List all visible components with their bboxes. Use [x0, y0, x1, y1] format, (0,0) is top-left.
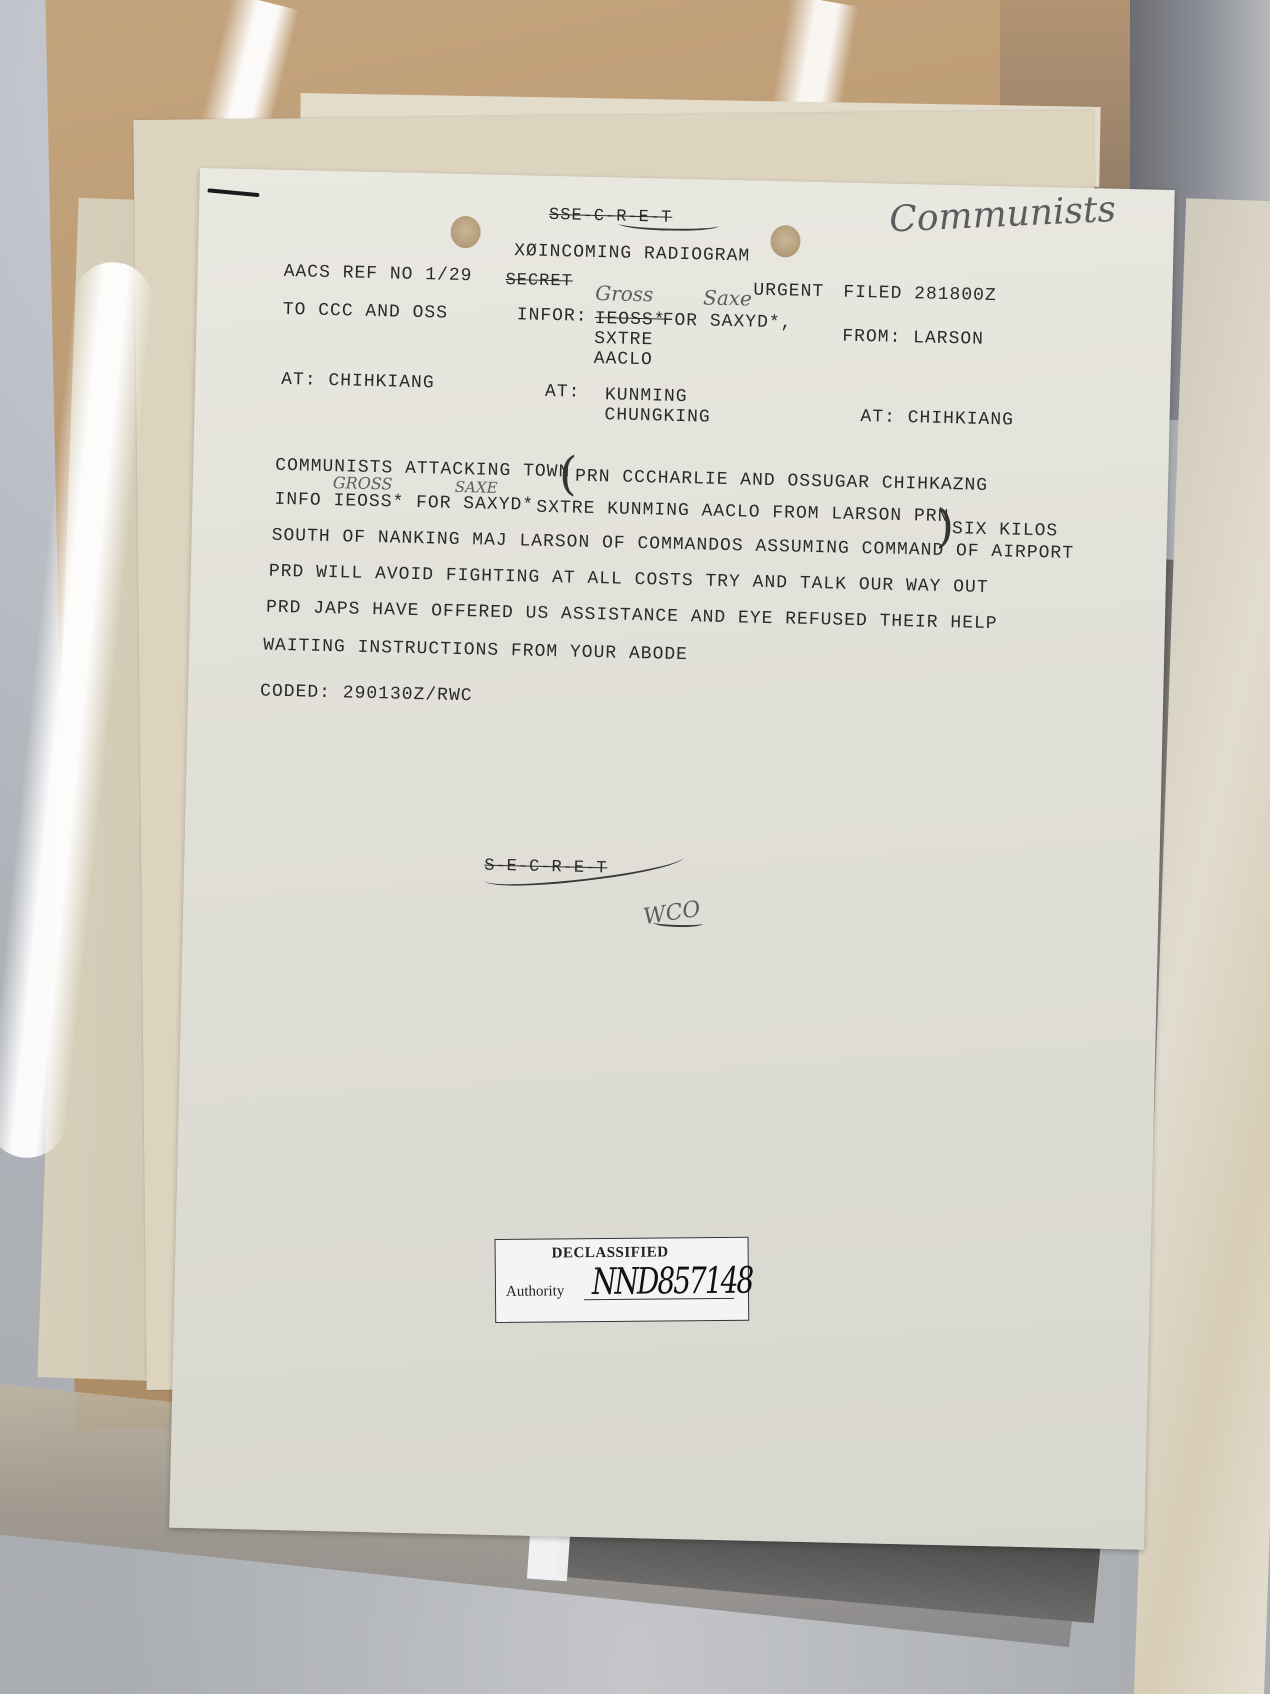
info-struck: IEOSS*	[594, 309, 665, 331]
info-label: INFOR:	[517, 305, 588, 327]
at-to-location: AT: CHIHKIANG	[281, 370, 435, 393]
handwritten-subject: Communists	[888, 189, 1116, 241]
body-line-2c: SIX KILOS	[952, 519, 1059, 541]
at-info-label: AT:	[545, 382, 581, 403]
radiogram-title: XØINCOMING RADIOGRAM	[514, 241, 750, 266]
handwritten-gross: Gross	[595, 281, 654, 306]
secret-stamp: SECRET	[505, 271, 573, 292]
info-line-3: AACLO	[594, 349, 653, 370]
authority-label: Authority	[506, 1283, 564, 1301]
punch-hole	[450, 216, 481, 249]
at-info-2: CHUNGKING	[604, 405, 711, 427]
staple-mark	[207, 188, 259, 197]
at-from-location: AT: CHIHKIANG	[860, 407, 1014, 430]
handwritten-saxe: Saxe	[703, 285, 752, 310]
authority-value: NND857148	[592, 1259, 753, 1303]
info-line-2: SXTRE	[594, 329, 653, 350]
strike-scribble	[483, 845, 684, 892]
radiogram-page: SSE-C-R-E-T XØINCOMING RADIOGRAM Communi…	[169, 168, 1175, 1550]
declassified-stamp: DECLASSIFIED Authority NND857148	[495, 1237, 750, 1323]
filed-time: FILED 281800Z	[843, 283, 997, 306]
body-line-1a: COMMUNISTS ATTACKING TOWN	[275, 456, 570, 483]
strike-scribble	[619, 218, 719, 232]
body-line-5: PRD JAPS HAVE OFFERED US ASSISTANCE AND …	[266, 598, 998, 635]
body-line-1b: PRN CCCHARLIE AND OSSUGAR CHIHKAZNG	[575, 467, 988, 496]
from-sender: FROM: LARSON	[842, 327, 984, 350]
photo-scene: SSE-C-R-E-T XØINCOMING RADIOGRAM Communi…	[0, 0, 1270, 1694]
ref-number: AACS REF NO 1/29	[283, 262, 472, 286]
coded-line: CODED: 290130Z/RWC	[260, 682, 473, 707]
precedence: URGENT	[753, 281, 824, 303]
body-line-4: PRD WILL AVOID FIGHTING AT ALL COSTS TRY…	[269, 562, 989, 598]
body-line-2b: SXTRE KUNMING AACLO FROM LARSON PRN	[536, 498, 949, 527]
punch-hole	[770, 225, 801, 258]
info-line-1: FOR SAXYD*,	[662, 311, 792, 334]
to-addressee: TO CCC AND OSS	[283, 300, 449, 324]
body-line-6: WAITING INSTRUCTIONS FROM YOUR ABODE	[263, 636, 688, 666]
at-info-1: KUNMING	[605, 385, 688, 407]
